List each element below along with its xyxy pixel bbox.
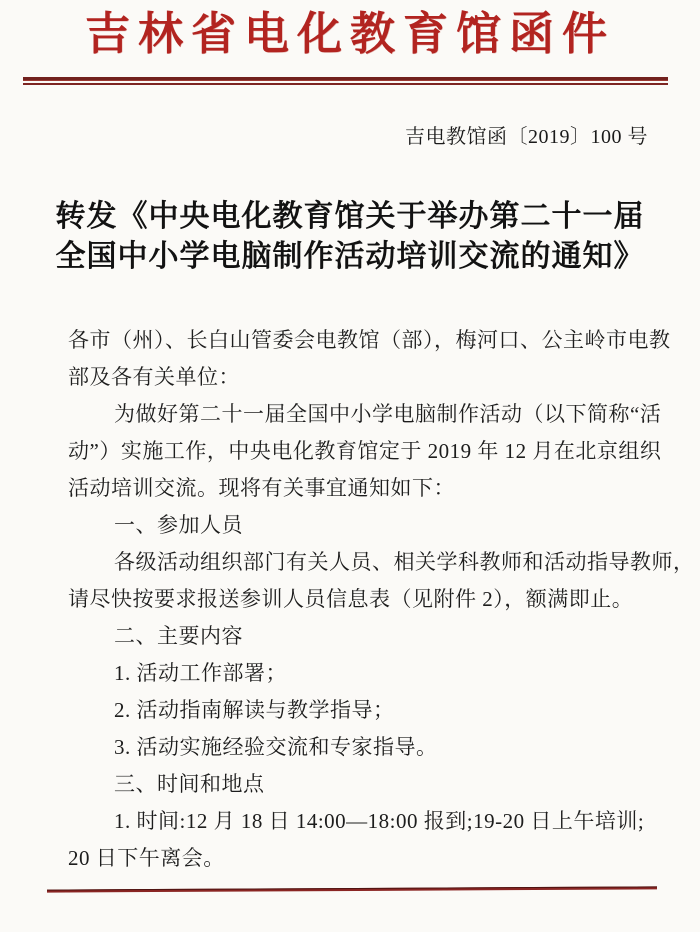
subject-title-line: 转发《中央电化教育馆关于举办第二十一届 xyxy=(40,197,660,237)
letterhead-title: 吉林省电化教育馆函件 xyxy=(0,2,700,66)
divider-thick-line xyxy=(23,77,668,81)
body-line-list-item: 3. 活动实施经验交流和专家指导。 xyxy=(68,729,660,766)
subject-title-line: 全国中小学电脑制作活动培训交流的通知》 xyxy=(40,237,660,277)
body-line: 20 日下午离会。 xyxy=(68,840,660,877)
body-line-list-item: 2. 活动指南解读与教学指导； xyxy=(68,692,660,729)
body-line-section-heading: 一、参加人员 xyxy=(68,507,660,544)
document-reference-number: 吉电教馆函〔2019〕100 号 xyxy=(405,124,648,150)
body-line: 各市（州）、长白山管委会电教馆（部），梅河口、公主岭市电教 xyxy=(68,322,660,359)
body-line: 请尽快按要求报送参训人员信息表（见附件 2），额满即止。 xyxy=(68,581,660,618)
body-line: 各级活动组织部门有关人员、相关学科教师和活动指导教师， xyxy=(68,544,660,581)
body-line-list-item: 1. 活动工作部署； xyxy=(68,655,660,692)
document-page: 吉林省电化教育馆函件 吉电教馆函〔2019〕100 号 转发《中央电化教育馆关于… xyxy=(0,0,700,932)
body-line-list-item: 1. 时间:12 月 18 日 14:00—18:00 报到;19-20 日上午… xyxy=(68,803,660,840)
body-line-section-heading: 三、时间和地点 xyxy=(68,766,660,803)
document-body: 各市（州）、长白山管委会电教馆（部），梅河口、公主岭市电教 部及各有关单位： 为… xyxy=(68,322,660,877)
body-line-section-heading: 二、主要内容 xyxy=(68,618,660,655)
page-bottom-divider xyxy=(47,886,657,892)
document-subject-title: 转发《中央电化教育馆关于举办第二十一届 全国中小学电脑制作活动培训交流的通知》 xyxy=(40,197,660,277)
letterhead-divider xyxy=(23,77,668,85)
body-line: 为做好第二十一届全国中小学电脑制作活动（以下简称“活 xyxy=(68,396,660,433)
body-line: 活动培训交流。现将有关事宜通知如下： xyxy=(68,470,660,507)
body-line: 动”）实施工作，中央电化教育馆定于 2019 年 12 月在北京组织 xyxy=(68,433,660,470)
divider-thin-line xyxy=(23,83,668,85)
body-line: 部及各有关单位： xyxy=(68,359,660,396)
